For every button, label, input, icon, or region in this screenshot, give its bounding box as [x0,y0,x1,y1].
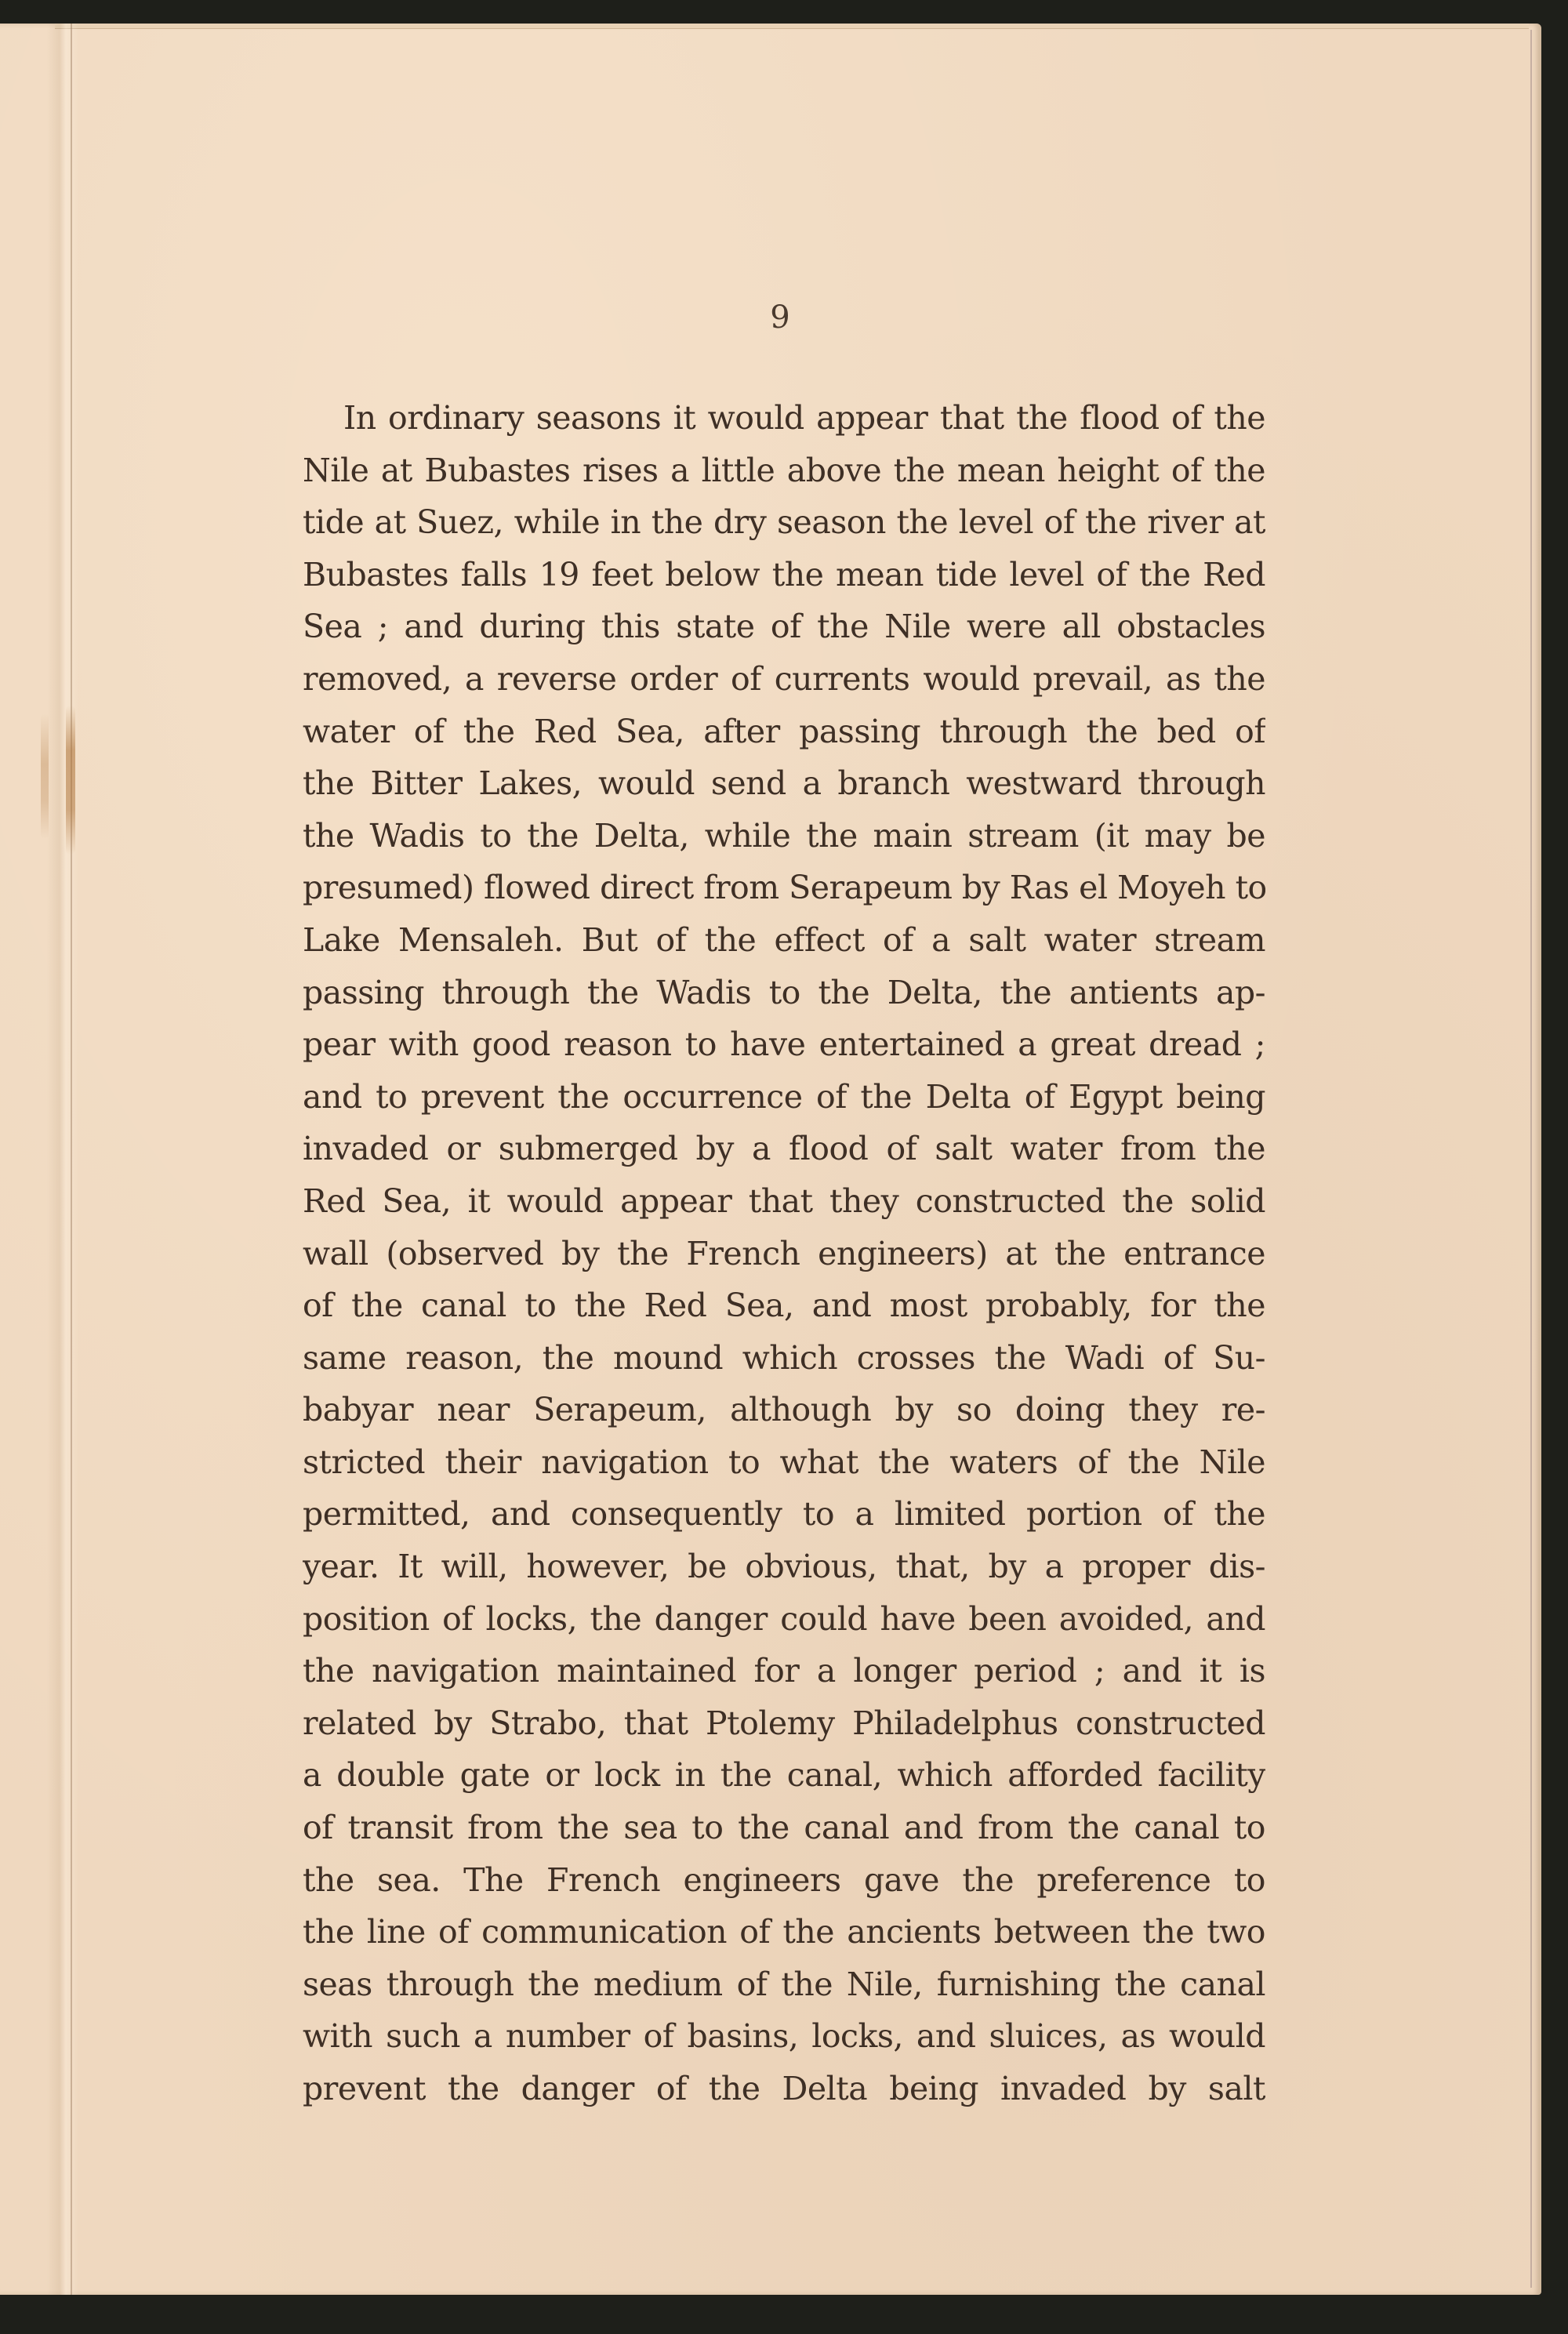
text-line: removed, a reverse order of currents wou… [303,653,1265,706]
text-line: Lake Mensaleh. But of the effect of a sa… [303,914,1265,967]
page-number: 9 [0,299,1560,336]
text-line: Red Sea, it would appear that they const… [303,1175,1265,1228]
page-right-edge [1530,30,1532,2288]
text-line: Sea ; and during this state of the Nile … [303,601,1265,653]
text-line: the Wadis to the Delta, while the main s… [303,810,1265,862]
paper-stain [66,706,75,855]
text-line: the navigation maintained for a longer p… [303,1645,1265,1697]
text-line: position of locks, the danger could have… [303,1593,1265,1646]
text-line: year. It will, however, be obvious, that… [303,1541,1265,1593]
text-line: pear with good reason to have entertaine… [303,1018,1265,1071]
text-line: wall (observed by the French engineers) … [303,1228,1265,1280]
paper-stain-faint [41,713,49,839]
text-line: stricted their navigation to what the wa… [303,1436,1265,1489]
text-line: seas through the medium of the Nile, fur… [303,1958,1265,2011]
text-line: passing through the Wadis to the Delta, … [303,967,1265,1019]
text-line: a double gate or lock in the canal, whic… [303,1749,1265,1802]
text-line: prevent the danger of the Delta being in… [303,2063,1265,2115]
text-line: Bubastes falls 19 feet below the mean ti… [303,549,1265,601]
text-line: permitted, and consequently to a limited… [303,1488,1265,1541]
text-line: with such a number of basins, locks, and… [303,2010,1265,2063]
text-line: babyar near Serapeum, although by so doi… [303,1384,1265,1436]
text-line: In ordinary seasons it would appear that… [303,392,1265,445]
body-text: In ordinary seasons it would appear that… [303,392,1265,2115]
text-line: presumed) flowed direct from Serapeum by… [303,862,1265,914]
text-line: Nile at Bubastes rises a little above th… [303,445,1265,497]
text-line: tide at Suez, while in the dry season th… [303,496,1265,549]
text-line: and to prevent the occurrence of the Del… [303,1071,1265,1123]
text-line: related by Strabo, that Ptolemy Philadel… [303,1697,1265,1750]
spine-gutter [47,24,78,2295]
text-line: of transit from the sea to the canal and… [303,1802,1265,1854]
book-page: 9 In ordinary seasons it would appear th… [0,24,1541,2295]
text-line: the line of communication of the ancient… [303,1906,1265,1958]
text-line: of the canal to the Red Sea, and most pr… [303,1280,1265,1332]
text-line: same reason, the mound which crosses the… [303,1332,1265,1385]
gutter-crease [71,24,72,2295]
text-line: invaded or submerged by a flood of salt … [303,1123,1265,1175]
text-line: the Bitter Lakes, would send a branch we… [303,757,1265,810]
text-line: the sea. The French engineers gave the p… [303,1854,1265,1907]
page-top-edge [55,24,1529,29]
text-line: water of the Red Sea, after passing thro… [303,706,1265,758]
